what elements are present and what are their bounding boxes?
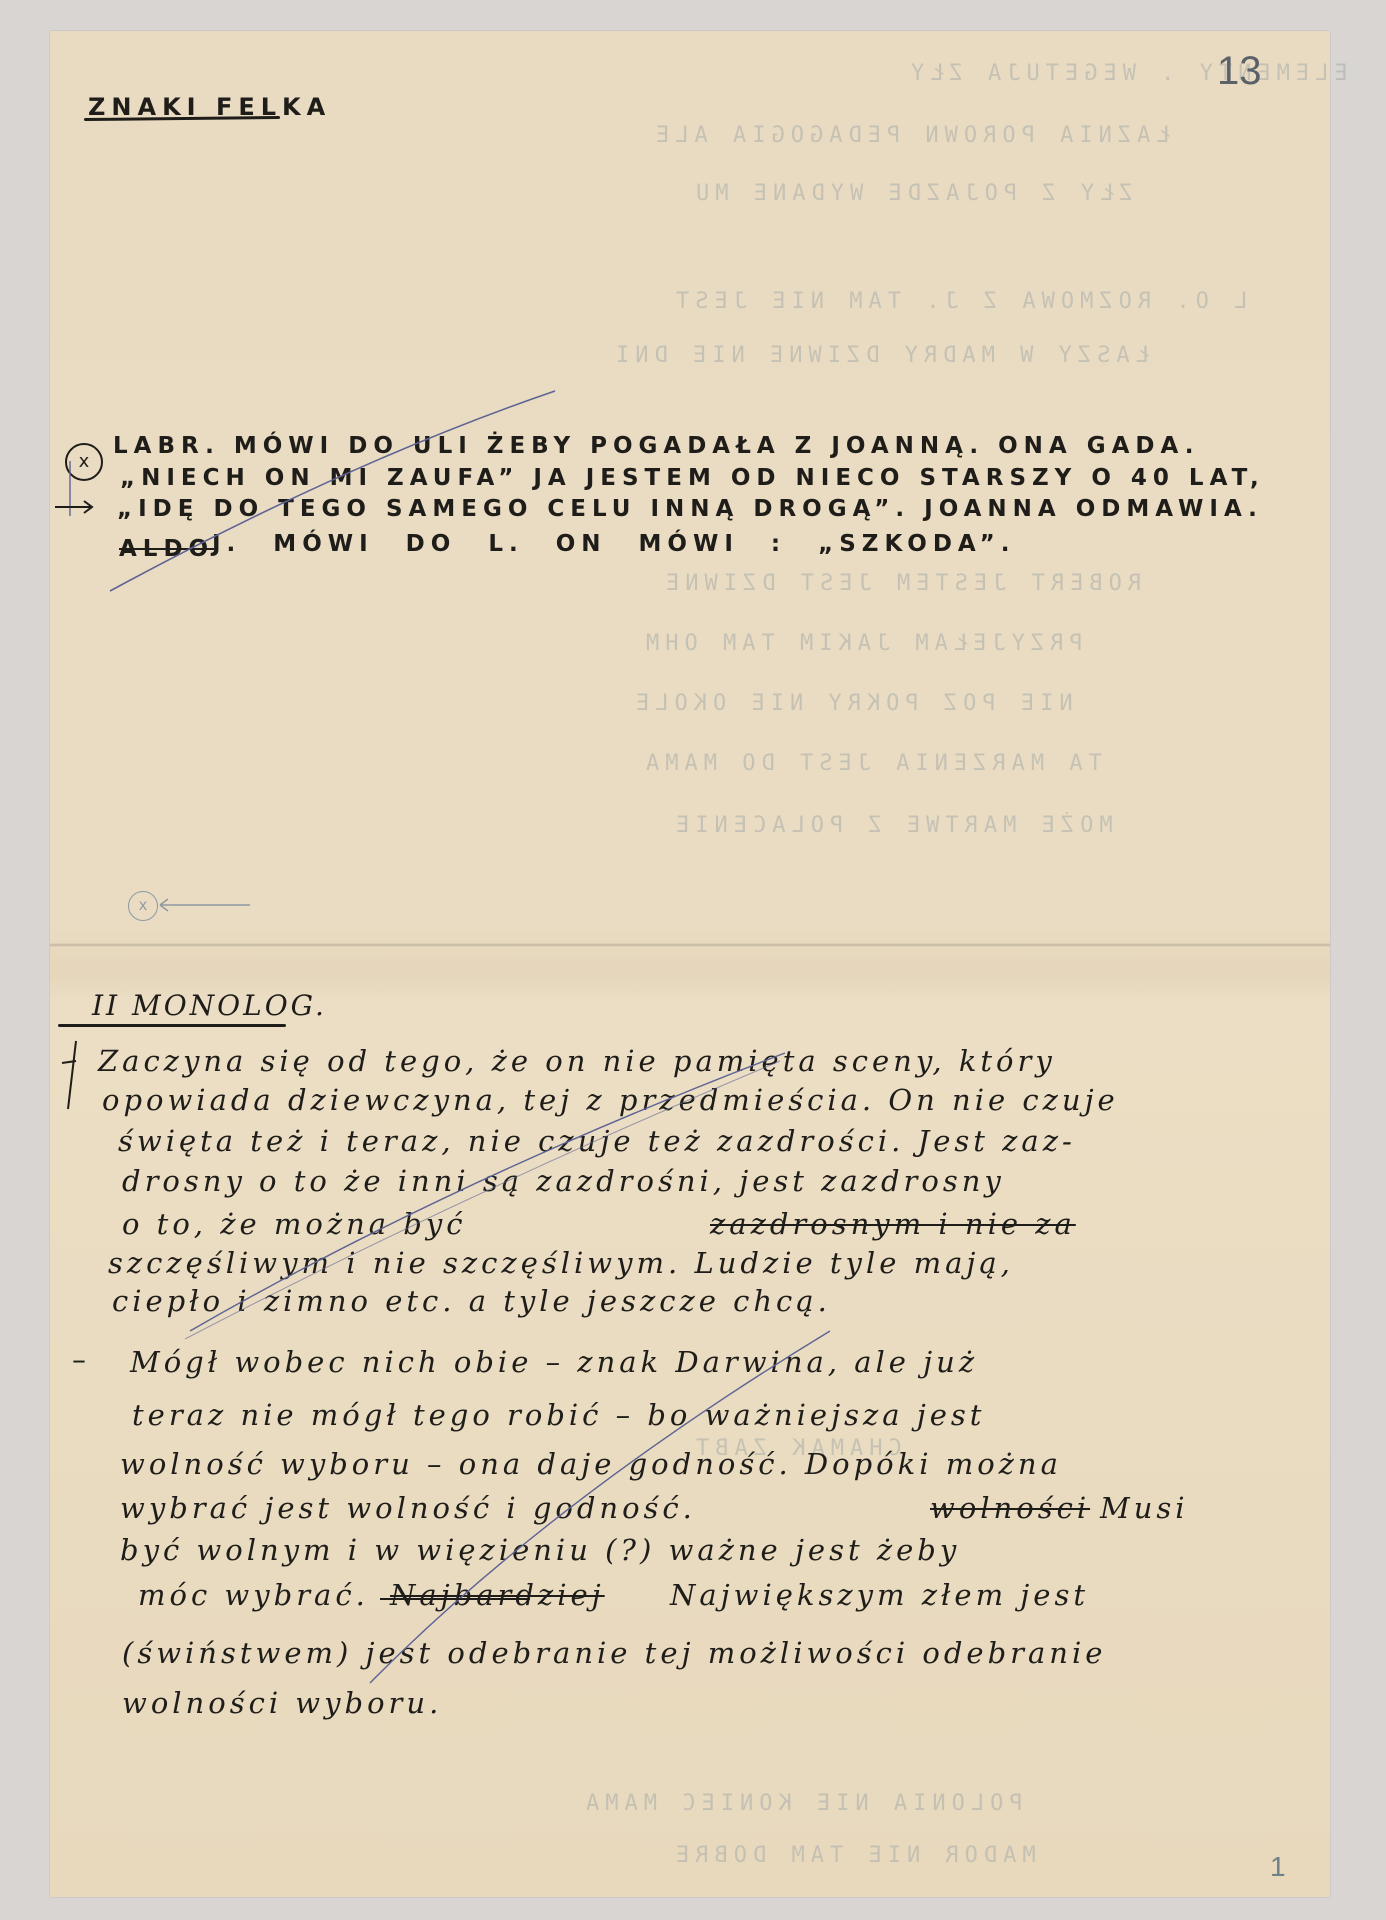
paragraph1-line-6: szczęśliwym i nie szczęśliwym. Ludzie ty… [108,1246,1014,1280]
bleed-through-text: L O. ROZMOWA Z J. TAM NIE JEST [670,289,1247,314]
bleed-through-text: POLONIA NIE KONIEC MAMA [580,1791,1023,1816]
section1-line-1: LABR. MÓWI DO ULI ŻEBY POGADAŁA Z JOANNĄ… [113,433,1199,459]
bleed-through-text: ELEMENTY . WEGETUJA ZŁY [905,61,1348,86]
section1-line-3: „IDĘ DO TEGO SAMEGO CELU INNĄ DROGĄ”. JO… [117,496,1263,522]
section2-title-underline [58,1024,286,1027]
arrow-right-icon [55,501,92,513]
bleed-through-text: PRZYJEŁAM JAKIM TAM OHM [640,631,1083,656]
paragraph2-line-3: wolność wyboru – ona daje godność. Dopók… [120,1447,1062,1481]
section1-line-4: J. MÓWI DO L. ON MÓWI : „SZKODA”. [212,531,1015,557]
bleed-through-text: MOŻE MARTWE Z POLACENIE [670,813,1113,838]
bleed-through-text: ZŁY Z POJAZDE WYDANE MU [690,181,1133,206]
paragraph2-line-4: wybrać jest wolność i godność. [120,1491,696,1525]
paragraph2-line-2: teraz nie mógł tego robić – bo ważniejsz… [132,1398,985,1432]
paragraph2-line-8: wolności wyboru. [122,1686,442,1720]
manuscript-page: ELEMENTY . WEGETUJA ZŁY ŁAZNIA POROWN PE… [50,31,1330,1897]
paragraph1-line-3: święta też i teraz, nie czuje też zazdro… [118,1124,1076,1158]
paragraph1-struck-text: zazdrosnym i nie za [710,1207,1076,1241]
paragraph1-line-4: drosny o to że inni są zazdrośni, jest z… [122,1164,1005,1198]
paragraph2-struck-word: wolności [930,1491,1090,1525]
margin-bracket-icon [62,1041,76,1109]
paragraph1-line-1: Zaczyna się od tego, że on nie pamięta s… [98,1044,1056,1078]
section1-line-2: „NIECH ON MI ZAUFA” JA JESTEM OD NIECO S… [120,465,1265,491]
pencil-circled-x-mark: x [128,891,158,921]
paragraph2-line-7: (świństwem) jest odebranie tej możliwośc… [122,1636,1106,1670]
page-number: 13 [1217,49,1262,94]
paragraph2-line-6: móc wybrać. [138,1578,369,1612]
bleed-through-text: TA MARZENIA JEST DO MAMA [640,751,1102,776]
bleed-through-text: ŁASZY W MADRY DZIWNE NIE DNI [610,343,1149,368]
bleed-through-text: NIE POZ POKRY NIE OKOLE [630,691,1073,716]
paragraph1-line-7: ciepło i zimno etc. a tyle jeszcze chcą. [112,1284,831,1318]
paragraph2-struck-word-2: Najbardziej [390,1578,605,1612]
footer-mark: 1 [1270,1851,1286,1883]
paper-fold-line [50,943,1330,947]
bullet-dash: – [72,1343,86,1376]
paragraph1-line-5: o to, że można być [122,1207,467,1241]
pencil-arrow-icon [160,899,250,911]
bleed-through-text: MADOR NIE TAM DOBRE [670,1843,1036,1868]
paragraph2-line-5: być wolnym i w więzieniu (?) ważne jest … [120,1533,960,1567]
paragraph1-line-2: opowiada dziewczyna, tej z przedmieścia.… [102,1083,1119,1117]
section1-struck-word: ALDO [119,536,214,562]
bleed-through-text: ROBERT JESTEM JEST DZIWNE [660,571,1141,596]
paragraph2-insert-phrase: Największym złem jest [670,1578,1089,1612]
circled-x-mark: x [65,443,103,481]
paragraph2-insert-word: Musi [1100,1491,1189,1525]
paragraph2-line-1: Mógł wobec nich obie – znak Darwina, ale… [130,1345,978,1379]
section2-title: II MONOLOG. [92,989,327,1022]
bleed-through-text: ŁAZNIA POROWN PEDAGOGIA ALE [650,123,1170,148]
